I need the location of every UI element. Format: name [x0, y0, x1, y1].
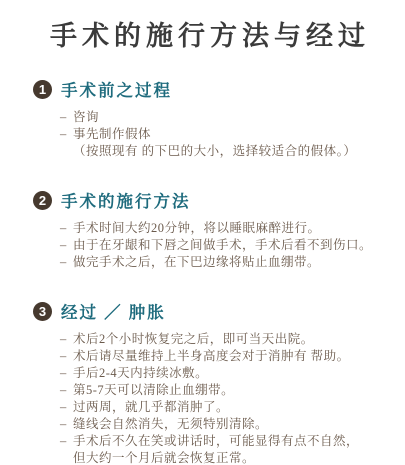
bullet-text: 术后请尽量维持上半身高度会对于消肿有 帮助。: [73, 348, 350, 365]
section-heading: 手术的施行方法: [61, 188, 191, 212]
bullet-line: –手术时间大约20分钟，将以睡眠麻醉进行。: [60, 220, 387, 237]
bullet-dash: –: [60, 416, 73, 433]
bullet-text: 过两周，就几乎都消肿了。: [73, 399, 229, 416]
bullet-dash: –: [60, 433, 73, 450]
list-item: –由于在牙龈和下唇之间做手术，手术后看不到伤口。: [60, 237, 387, 254]
section-number-badge: 3: [33, 302, 52, 321]
section-header: 2 手术的施行方法: [33, 188, 387, 212]
bullet-dash: –: [60, 220, 73, 237]
bullet-text: 做完手术之后，在下巴边缘将贴止血绷带。: [73, 254, 320, 271]
bullet-line: –第5-7天可以清除止血绷带。: [60, 382, 387, 399]
bullet-dash: –: [60, 348, 73, 365]
bullet-dash: –: [60, 109, 73, 126]
section-number-badge: 2: [33, 191, 52, 210]
bullet-text: 咨询: [73, 109, 99, 126]
bullet-dash: –: [60, 254, 73, 271]
bullet-text: 缝线会自然消失，无须特别清除。: [73, 416, 268, 433]
section-item-list: –术后2个小时恢复完之后，即可当天出院。–术后请尽量维持上半身高度会对于消肿有 …: [60, 331, 387, 465]
bullet-text: 事先制作假体: [73, 126, 151, 143]
list-item: –缝线会自然消失，无须特别清除。: [60, 416, 387, 433]
bullet-text: 由于在牙龈和下唇之间做手术，手术后看不到伤口。: [73, 237, 372, 254]
list-item: –事先制作假体（按照现有 的下巴的大小，选择较适合的假体。）: [60, 126, 387, 160]
bullet-continuation-line: （按照现有 的下巴的大小，选择较适合的假体。）: [60, 143, 387, 160]
bullet-dash: –: [60, 331, 73, 348]
bullet-line: –术后2个小时恢复完之后，即可当天出院。: [60, 331, 387, 348]
bullet-line: –手后2-4天内持续冰敷。: [60, 365, 387, 382]
bullet-line: –过两周，就几乎都消肿了。: [60, 399, 387, 416]
section-recovery-swelling: 3 经过 ／ 肿胀 –术后2个小时恢复完之后，即可当天出院。–术后请尽量维持上半…: [33, 299, 387, 465]
bullet-text: 手术后不久在笑或讲话时，可能显得有点不自然，: [73, 433, 359, 450]
list-item: –做完手术之后，在下巴边缘将贴止血绷带。: [60, 254, 387, 271]
section-header: 3 经过 ／ 肿胀: [33, 299, 387, 323]
bullet-dash: –: [60, 126, 73, 143]
list-item: –术后2个小时恢复完之后，即可当天出院。: [60, 331, 387, 348]
list-item: –术后请尽量维持上半身高度会对于消肿有 帮助。: [60, 348, 387, 365]
bullet-text: 手后2-4天内持续冰敷。: [73, 365, 208, 382]
section-number-badge: 1: [33, 80, 52, 99]
list-item: –第5-7天可以清除止血绷带。: [60, 382, 387, 399]
page-title: 手术的施行方法与经过: [33, 14, 387, 53]
section-item-list: –咨询–事先制作假体（按照现有 的下巴的大小，选择较适合的假体。）: [60, 109, 387, 160]
sections-container: 1 手术前之过程 –咨询–事先制作假体（按照现有 的下巴的大小，选择较适合的假体…: [33, 77, 387, 465]
bullet-line: –由于在牙龈和下唇之间做手术，手术后看不到伤口。: [60, 237, 387, 254]
bullet-line: –做完手术之后，在下巴边缘将贴止血绷带。: [60, 254, 387, 271]
bullet-line: –术后请尽量维持上半身高度会对于消肿有 帮助。: [60, 348, 387, 365]
surgery-info-page: 手术的施行方法与经过 1 手术前之过程 –咨询–事先制作假体（按照现有 的下巴的…: [0, 0, 405, 465]
bullet-dash: –: [60, 399, 73, 416]
list-item: –过两周，就几乎都消肿了。: [60, 399, 387, 416]
bullet-text: （按照现有 的下巴的大小，选择较适合的假体。）: [73, 143, 356, 160]
bullet-continuation-line: 但大约一个月后就会恢复正常。: [60, 450, 387, 465]
section-item-list: –手术时间大约20分钟，将以睡眠麻醉进行。–由于在牙龈和下唇之间做手术，手术后看…: [60, 220, 387, 271]
section-surgery-method: 2 手术的施行方法 –手术时间大约20分钟，将以睡眠麻醉进行。–由于在牙龈和下唇…: [33, 188, 387, 271]
bullet-line: –手术后不久在笑或讲话时，可能显得有点不自然，: [60, 433, 387, 450]
section-heading: 经过 ／ 肿胀: [61, 299, 166, 323]
list-item: –咨询: [60, 109, 387, 126]
list-item: –手术时间大约20分钟，将以睡眠麻醉进行。: [60, 220, 387, 237]
bullet-text: 手术时间大约20分钟，将以睡眠麻醉进行。: [73, 220, 321, 237]
bullet-line: –咨询: [60, 109, 387, 126]
bullet-text: 第5-7天可以清除止血绷带。: [73, 382, 234, 399]
list-item: –手后2-4天内持续冰敷。: [60, 365, 387, 382]
section-header: 1 手术前之过程: [33, 77, 387, 101]
bullet-line: –缝线会自然消失，无须特别清除。: [60, 416, 387, 433]
bullet-text: 但大约一个月后就会恢复正常。: [73, 450, 255, 465]
bullet-dash: –: [60, 365, 73, 382]
section-heading: 手术前之过程: [61, 77, 172, 101]
list-item: –手术后不久在笑或讲话时，可能显得有点不自然，但大约一个月后就会恢复正常。: [60, 433, 387, 465]
section-before-surgery: 1 手术前之过程 –咨询–事先制作假体（按照现有 的下巴的大小，选择较适合的假体…: [33, 77, 387, 160]
bullet-line: –事先制作假体: [60, 126, 387, 143]
bullet-text: 术后2个小时恢复完之后，即可当天出院。: [73, 331, 314, 348]
bullet-dash: –: [60, 237, 73, 254]
bullet-dash: –: [60, 382, 73, 399]
